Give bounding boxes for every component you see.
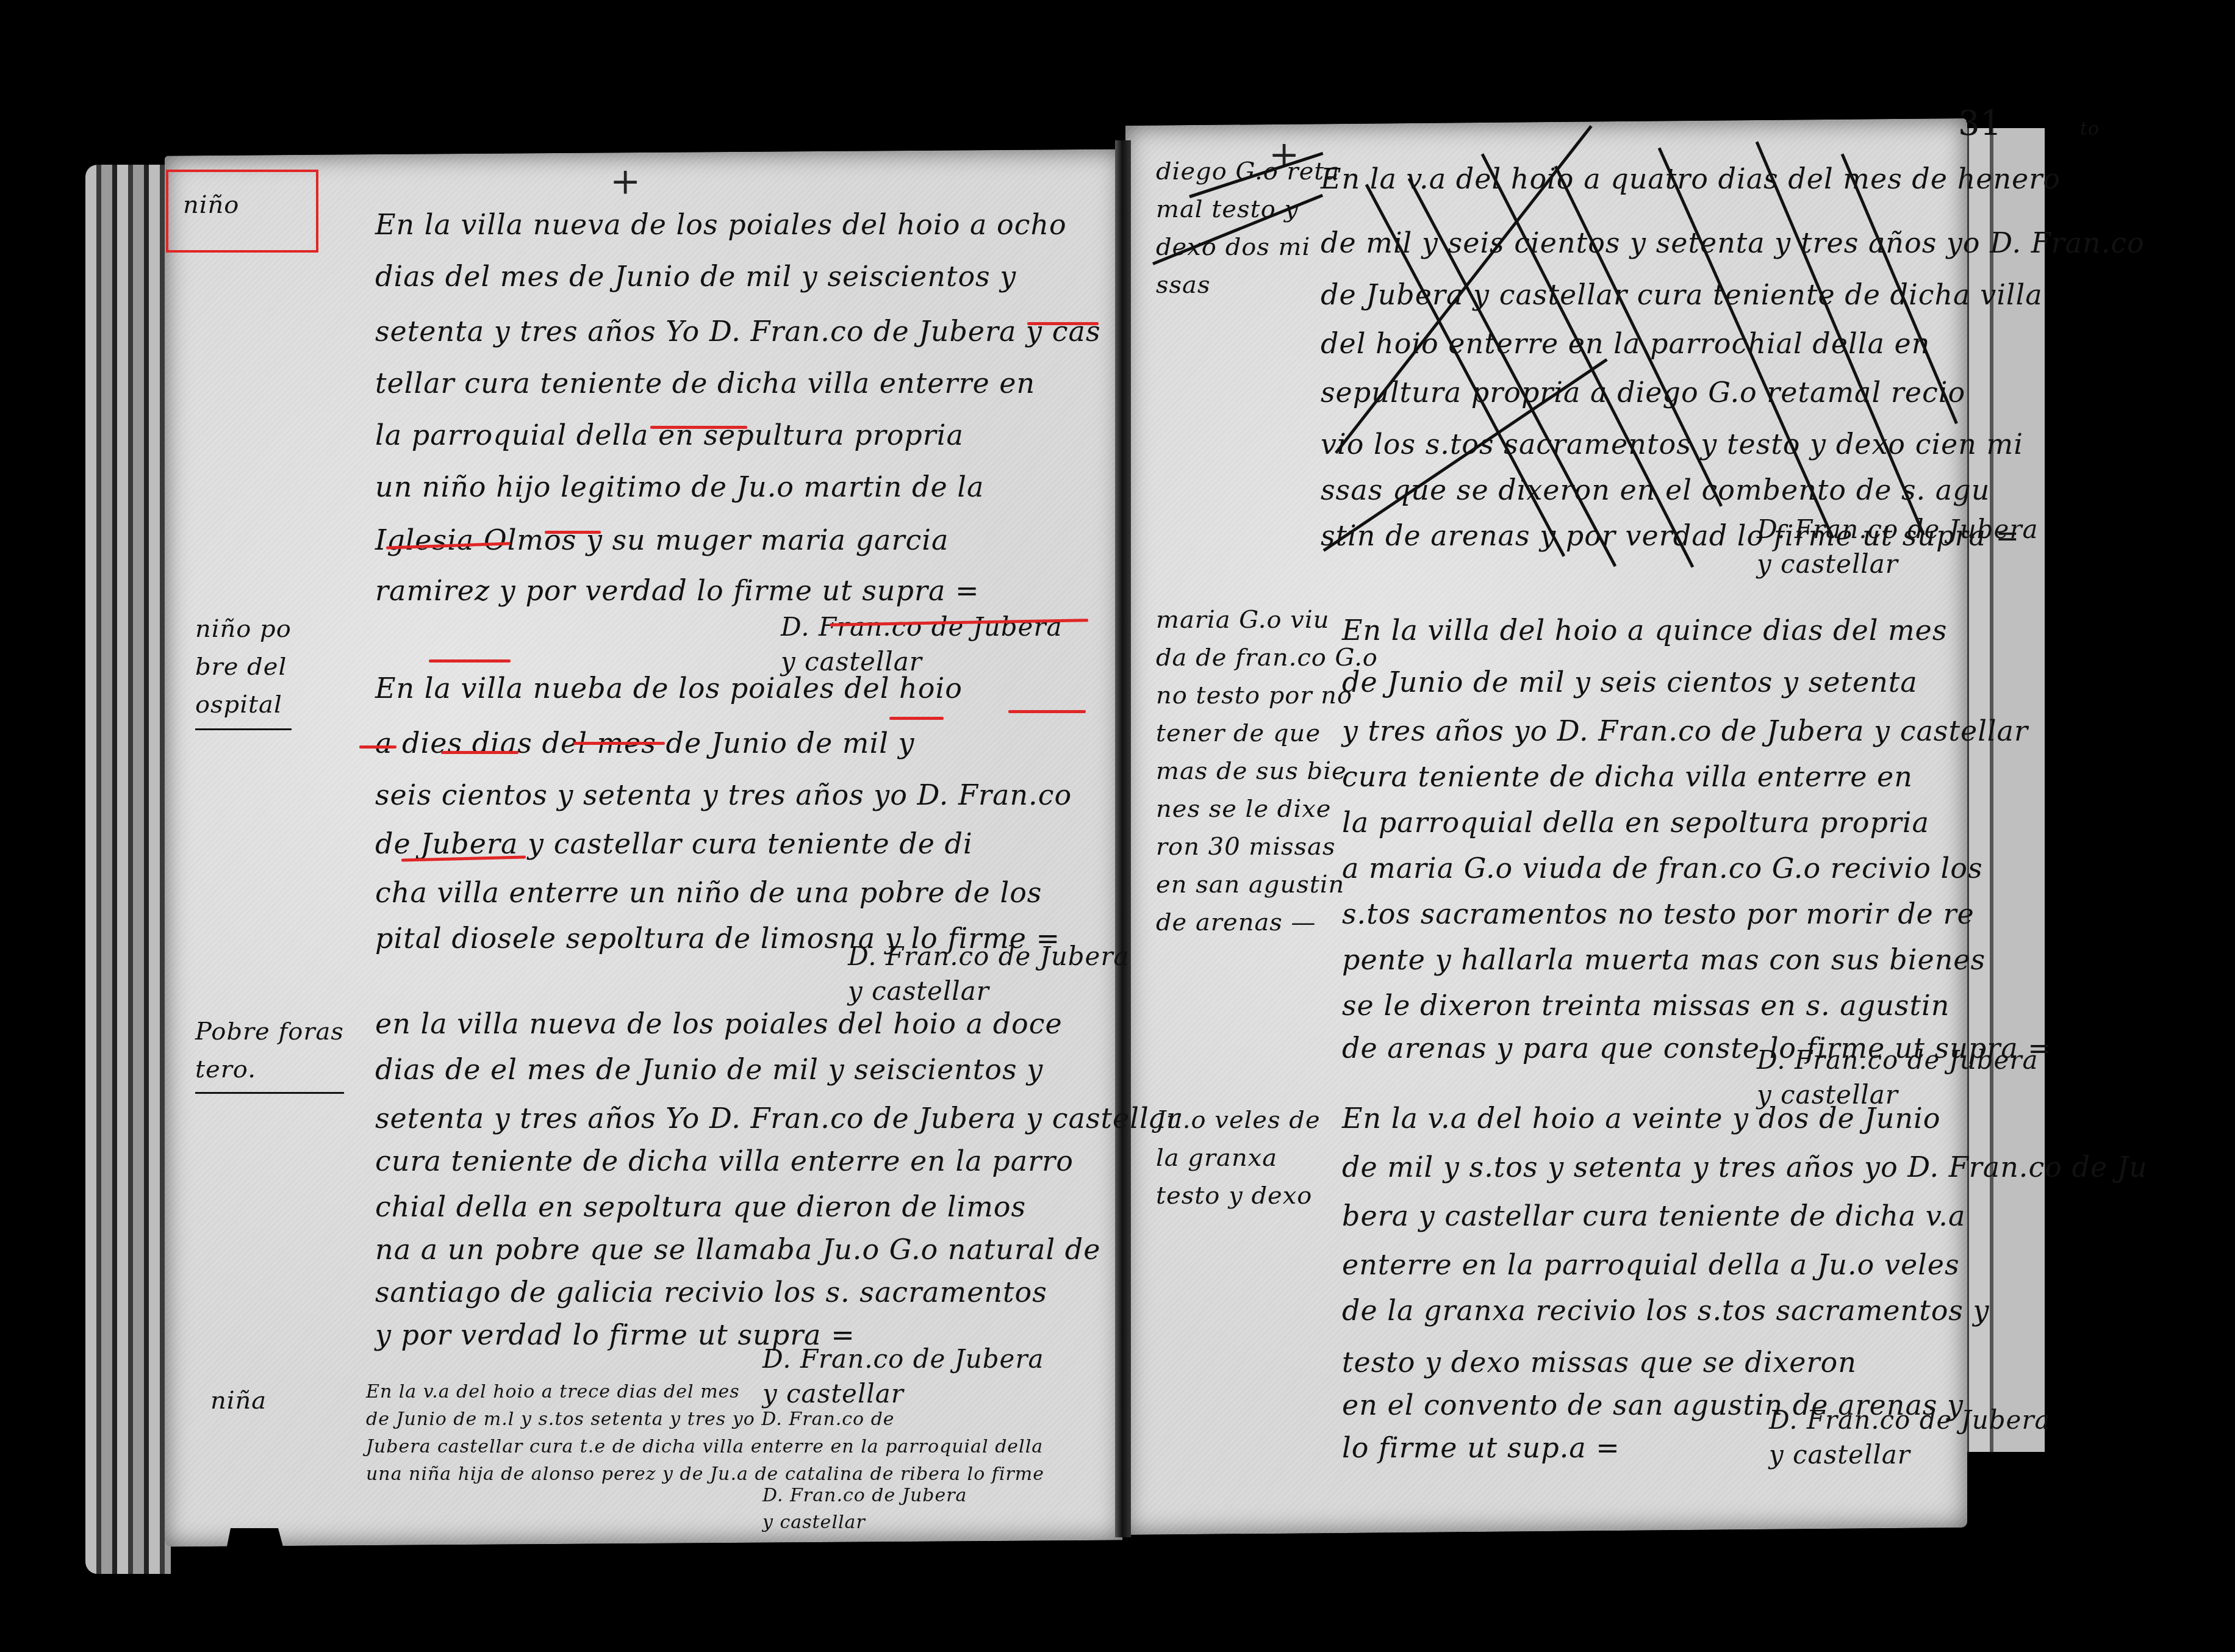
annotation-underline-maria — [889, 717, 944, 720]
book-gutter — [1115, 140, 1131, 1537]
annotation-underline-i — [359, 745, 396, 749]
entry-line: s.tos sacramentos no testo por morir de … — [1342, 900, 1975, 928]
annotation-underline-junio — [650, 426, 747, 429]
entry-line: bera y castellar cura teniente de dicha … — [1342, 1202, 1965, 1230]
entry-line: tellar cura teniente de dicha villa ente… — [375, 369, 1035, 397]
annotation-underline-glesia — [441, 751, 518, 754]
annotation-underline-olmos — [573, 742, 665, 745]
entry-line: y tres años yo D. Fran.co de Jubera y ca… — [1342, 717, 2028, 745]
entry-line: de Junio de m.l y s.tos setenta y tres y… — [366, 1406, 895, 1433]
entry-line: En la v.a del hoio a quatro dias del mes… — [1321, 165, 2061, 193]
signature: D. Fran.co de Jubera y castellar — [1769, 1403, 2051, 1472]
entry-line: cura teniente de dicha villa enterre en … — [375, 1147, 1074, 1175]
entry-line: santiago de galicia recivio los s. sacra… — [375, 1278, 1047, 1306]
book-right-edge-leaves — [1965, 128, 2045, 1452]
entry-line: pente y hallarla muerta mas con sus bien… — [1342, 946, 1986, 974]
scanned-register-image: + niño En la villa nueva de los poiales … — [0, 0, 2235, 1652]
annotation-underline-tres — [545, 531, 601, 534]
entry-line: dias de el mes de Junio de mil y seiscie… — [375, 1055, 1043, 1083]
entry-line: de la granxa recivio los s.tos sacrament… — [1342, 1296, 1990, 1324]
annotation-underline-nino — [429, 659, 511, 663]
entry-line: a maria G.o viuda de fran.co G.o recivio… — [1342, 854, 1983, 882]
margin-note-right-entry-1: diego G.o reta mal testo y dexo dos mi s… — [1156, 153, 1340, 304]
book-left-edge-leaves — [85, 165, 171, 1574]
entry-line: de Jubera y castellar cura teniente de d… — [375, 830, 973, 858]
entry-line: En la v.a del hoio a veinte y dos de Jun… — [1342, 1104, 1940, 1132]
entry-line: vio los s.tos sacramentos y testo y dexo… — [1321, 430, 2023, 458]
annotation-box-nino — [166, 170, 318, 253]
entry-line: de Junio de mil y seis cientos y setenta — [1342, 668, 1918, 696]
signature: D. Fran.co de Jubera y castellar — [848, 939, 1130, 1008]
entry-line: chial della en sepoltura que dieron de l… — [375, 1193, 1026, 1221]
entry-line: En la villa del hoio a quince dias del m… — [1342, 616, 1947, 644]
entry-line: en la villa nueva de los poiales del hoi… — [375, 1010, 1063, 1038]
entry-line: la parroquial della en sepoltura propria — [1342, 808, 1929, 836]
entry-line: la parroquial della en sepultura propria — [375, 421, 964, 449]
edge-note: to — [2080, 116, 2100, 143]
margin-note-entry-2: niño po bre del ospital — [195, 610, 292, 730]
entry-line: cha villa enterre un niño de una pobre d… — [375, 878, 1042, 907]
annotation-underline-garcia — [1008, 710, 1086, 713]
entry-line: En la villa nueba de los poiales del hoi… — [375, 674, 963, 702]
signature: D. Fran.co de Jubera y castellar — [1757, 512, 2039, 581]
entry-line: seis cientos y setenta y tres años yo D.… — [375, 781, 1072, 809]
margin-note-entry-4: niña — [210, 1382, 267, 1420]
entry-line: cura teniente de dicha villa enterre en — [1342, 763, 1913, 791]
entry-line: lo firme ut sup.a = — [1342, 1434, 1620, 1462]
entry-line: Iglesia Olmos y su muger maria garcia — [375, 526, 949, 554]
entry-line: un niño hijo legitimo de Ju.o martin de … — [375, 473, 985, 501]
entry-line: setenta y tres años Yo D. Fran.co de Jub… — [375, 1104, 1180, 1132]
entry-line: enterre en la parroquial della a Ju.o ve… — [1342, 1251, 1960, 1279]
signature: D. Fran.co de Jubera y castellar — [762, 1342, 1044, 1411]
entry-line: testo y dexo missas que se dixeron — [1342, 1348, 1857, 1376]
signature: D. Fran.co de Jubera y castellar — [762, 1482, 967, 1535]
header-cross-mark: + — [610, 160, 640, 203]
entry-line: Jubera castellar cura t.e de dicha villa… — [366, 1434, 1043, 1460]
entry-line: ramirez y por verdad lo firme ut supra = — [375, 576, 980, 605]
entry-line: setenta y tres años Yo D. Fran.co de Jub… — [375, 317, 1101, 345]
margin-note-right-entry-3: Ju.o veles de la granxa testo y dexo — [1156, 1101, 1321, 1215]
page-number: 31 — [1958, 104, 2001, 143]
entry-line: se le dixeron treinta missas en s. agust… — [1342, 991, 1950, 1019]
entry-line: na a un pobre que se llamaba Ju.o G.o na… — [375, 1235, 1100, 1263]
entry-line: En la villa nueva de los poiales del hoi… — [375, 210, 1067, 239]
annotation-underline-a-ocho — [1027, 322, 1099, 325]
margin-note-entry-3: Pobre foras tero. — [195, 1013, 344, 1094]
entry-line: de mil y s.tos y setenta y tres años yo … — [1342, 1153, 2148, 1181]
entry-line: dias del mes de Junio de mil y seiscient… — [375, 262, 1016, 290]
entry-line: En la v.a del hoio a trece dias del mes — [366, 1379, 740, 1406]
